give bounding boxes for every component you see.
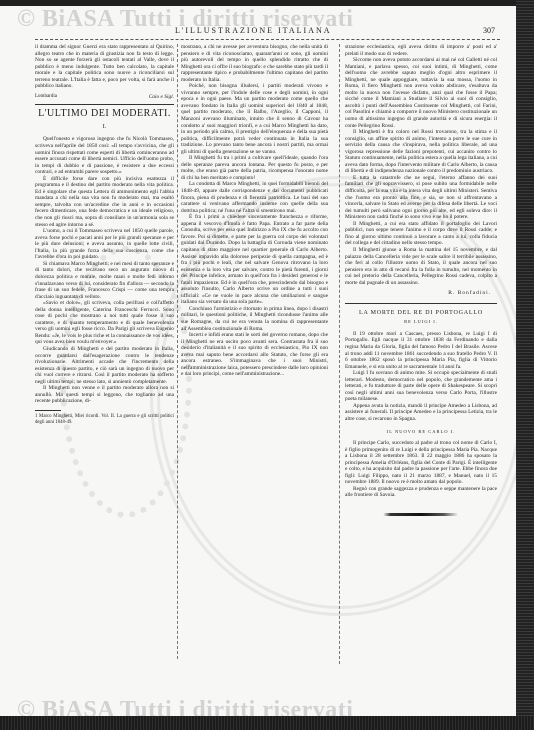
paragraph: Incerti e infidi erano stati le sorti de… (181, 332, 328, 378)
section-divider (345, 303, 497, 304)
header-divider (35, 39, 500, 40)
signature-left: Lombardia (35, 94, 57, 101)
paragraph: È difficile forse dare con più incisiva … (35, 176, 174, 228)
paragraph: Siccome non aveva potuto accordarsi ai m… (345, 57, 497, 129)
author-signature: R. Bonfadini. (345, 290, 491, 297)
publication-title: L'ILLUSTRAZIONE ITALIANA (175, 26, 332, 35)
paragraph: È fra i primi a chiedere sinceramente fr… (181, 214, 328, 306)
paragraph: Appena avuta la notizia, mandò il princi… (345, 403, 497, 423)
scan-bottom-edge (0, 716, 534, 730)
paragraph: Regnò con grande saggezza e prudenza e s… (345, 486, 497, 499)
column-divider-2 (339, 44, 340, 664)
text-column-2: mostrano, a chi ne avesse per avventura … (181, 44, 328, 378)
page-number: 307 (483, 26, 495, 35)
signature-row: Lombardia Caio e Sigl. (35, 94, 174, 101)
paragraph: La condotta di Marco Minghetti, in quei … (181, 181, 328, 214)
footnote-divider (35, 410, 61, 411)
scan-right-edge (516, 0, 534, 730)
paragraph: Il principe Carlo, succeduto al padre al… (345, 440, 497, 486)
column-divider-1 (177, 44, 178, 659)
paragraph: mostrano, a chi ne avesse per avventura … (181, 44, 328, 83)
paragraph: Giudicando di Minghetti e del partito mo… (35, 346, 174, 385)
footnote: 1 Marco Minghetti, Miei ricordi. Vol. II… (35, 414, 174, 426)
paragraph: strazione ecclesiastica, egli aveva diri… (345, 44, 497, 57)
paragraph: E tutta la catastrofe che ne seguì, l'et… (345, 175, 497, 221)
text-column-3: strazione ecclesiastica, egli aveva diri… (345, 44, 497, 516)
paragraph: Il Minghetti, a cui era stato affidato i… (345, 221, 497, 247)
paragraph: L'uomo, a cui il Tommaseo scriveva nel 1… (35, 228, 174, 261)
text-column-1: il dramma del signor Guerzi era stato ra… (35, 44, 174, 425)
article-subtitle: IL NUOVO RE CARLO I. (345, 429, 497, 436)
paragraph: Il Minghetti non venne e il partito mode… (35, 385, 174, 405)
paragraph: Il 19 ottobre morì a Cascaes, presso Lis… (345, 331, 497, 370)
article-title: LA MORTE DEL RE DI PORTOGALLO (345, 310, 497, 317)
section-number: I. (35, 124, 174, 131)
article-title: L'ULTIMO DEI MODERATI. (35, 111, 174, 118)
paragraph: Il Minghetti fu tra i primi a coltivare … (181, 155, 328, 181)
section-divider (35, 104, 174, 105)
paragraph: Quell'onesto e vigoroso ingegno che fu N… (35, 136, 174, 175)
paragraph: Si chiamava Marco Minghetti; e nei mesi … (35, 261, 174, 300)
paragraph: Il Minghetti è fra coloro nel Rossi trov… (345, 129, 497, 175)
paragraph: Poiché, non bisogna illudersi, i partiti… (181, 83, 328, 155)
signature-right: Caio e Sigl. (149, 94, 174, 101)
paragraph: Il Minghetti giunse a Roma la mattina de… (345, 247, 497, 286)
page-header: L'ILLUSTRAZIONE ITALIANA 307 (35, 26, 495, 38)
article-subtitle: RE LUIGI I. (345, 319, 497, 326)
paragraph: Conchiuso l'armistizio e ritornato in pr… (181, 306, 328, 332)
paragraph: il dramma del signor Guerzi era stato ra… (35, 44, 174, 90)
paragraph: «Savio et dolce», gli scriveva, colla pe… (35, 300, 174, 346)
end-ornament (383, 513, 459, 516)
paragraph: Luigi I fu sovrano di animo mite. Si occ… (345, 370, 497, 403)
